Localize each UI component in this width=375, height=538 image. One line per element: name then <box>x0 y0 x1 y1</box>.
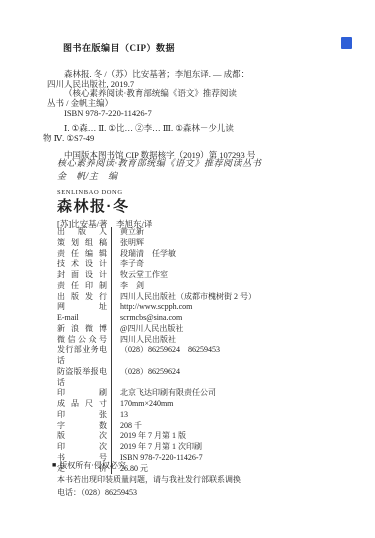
cip-header: 图书在版编目（CIP）数据 <box>47 44 345 54</box>
title-block: 核心素养阅读·教育部统编《语文》推荐阅读丛书 金 帆/主 编 SENLINBAO… <box>57 158 261 229</box>
row-label: 版次 <box>57 431 107 442</box>
table-row-website: 网址http://www.scpph.com <box>57 302 330 313</box>
table-row-publisher-person: 出版人黄立新 <box>57 227 330 238</box>
series-title: 核心素养阅读·教育部统编《语文》推荐阅读丛书 <box>57 158 261 169</box>
row-value: （028）86259624 <box>111 367 180 389</box>
table-row-impression: 印次2019 年 7 月第 1 次印刷 <box>57 442 330 453</box>
row-label: 印张 <box>57 410 107 421</box>
cip-description: 森林报. 冬 /（苏）比安基著；李旭东译. — 成都： 四川人民出版社, 201… <box>47 70 345 119</box>
row-value: 张明辉 <box>111 238 144 249</box>
row-label: 新浪微博 <box>57 324 107 335</box>
row-label: E-mail <box>57 313 107 324</box>
row-value: 牧云堂工作室 <box>111 270 168 281</box>
row-value: 2019 年 7 月第 1 次印刷 <box>111 442 202 453</box>
contact-phone: 电话：（028）86259453 <box>52 486 241 500</box>
table-row-edition: 版次2019 年 7 月第 1 版 <box>57 431 330 442</box>
row-value: 北京飞达印刷有限责任公司 <box>111 388 216 399</box>
title-pinyin: SENLINBAO DONG <box>57 189 261 197</box>
table-row-cover-design: 封面设计牧云堂工作室 <box>57 270 330 281</box>
table-row-wechat: 微信公众号四川人民出版社 <box>57 335 330 346</box>
cip-block: 图书在版编目（CIP）数据 森林报. 冬 /（苏）比安基著；李旭东译. — 成都… <box>47 44 345 161</box>
table-row-planning: 策划组稿张明辉 <box>57 238 330 249</box>
table-row-email: E-mailscrmcbs@sina.com <box>57 313 330 324</box>
table-row-publisher: 出版发行四川人民出版社（成都市槐树街 2 号） <box>57 292 330 303</box>
copyright-notice: 版权所有·侵权必究 <box>59 459 126 473</box>
book-title: 森林报·冬 <box>57 198 261 215</box>
series-editor: 金 帆/主 编 <box>57 171 261 182</box>
copyright-page: 图书在版编目（CIP）数据 森林报. 冬 /（苏）比安基著；李旭东译. — 成都… <box>0 0 375 538</box>
row-value: 170mm×240mm <box>111 399 173 410</box>
table-row-weibo: 新浪微博@四川人民出版社 <box>57 324 330 335</box>
row-value: 四川人民出版社（成都市槐树街 2 号） <box>111 292 256 303</box>
row-value: 黄立新 <box>111 227 144 238</box>
cip-isbn: ISBN 978-7-220-11426-7 <box>47 109 345 119</box>
row-label: 成品尺寸 <box>57 399 107 410</box>
table-row-wordcount: 字数208 千 <box>57 421 330 432</box>
table-row-print-supervisor: 责任印制李 剑 <box>57 281 330 292</box>
table-row-sales-phone: 发行部业务电话（028）86259624 86259453 <box>57 345 330 367</box>
row-label: 微信公众号 <box>57 335 107 346</box>
row-label: 出版发行 <box>57 292 107 303</box>
table-row-editor: 责任编辑段瑞清 任学敏 <box>57 249 330 260</box>
square-bullet-icon: ■ <box>52 459 56 473</box>
row-value: http://www.scpph.com <box>111 302 192 313</box>
row-value: 四川人民出版社 <box>111 335 176 346</box>
row-value: scrmcbs@sina.com <box>111 313 182 324</box>
row-value: 13 <box>111 410 128 421</box>
row-label: 发行部业务电话 <box>57 345 107 367</box>
row-label: 封面设计 <box>57 270 107 281</box>
copyright-notice-line: ■ 版权所有·侵权必究 <box>52 459 241 473</box>
row-label: 印刷 <box>57 388 107 399</box>
row-label: 策划组稿 <box>57 238 107 249</box>
cip-class-line: 物 Ⅳ. ①S7-49 <box>43 134 345 144</box>
row-value: @四川人民出版社 <box>111 324 183 335</box>
cip-classification: Ⅰ. ①森… Ⅱ. ①比… ②李… Ⅲ. ①森林－少儿读 物 Ⅳ. ①S7-49 <box>47 124 345 144</box>
row-value: （028）86259624 86259453 <box>111 345 220 367</box>
row-value: 李子奇 <box>111 259 144 270</box>
row-label: 责任印制 <box>57 281 107 292</box>
quality-notice: 本书若出现印装质量问题，请与我社发行部联系调换 <box>52 473 241 487</box>
table-row-printer: 印刷北京飞达印刷有限责任公司 <box>57 388 330 399</box>
row-value: 208 千 <box>111 421 142 432</box>
row-label: 字数 <box>57 421 107 432</box>
table-row-sheets: 印张13 <box>57 410 330 421</box>
row-value: 李 剑 <box>111 281 144 292</box>
table-row-antipiracy-phone: 防盗版举报电话（028）86259624 <box>57 367 330 389</box>
row-value: 段瑞清 任学敏 <box>111 249 176 260</box>
publication-info-table: 出版人黄立新 策划组稿张明辉 责任编辑段瑞清 任学敏 技术设计李子奇 封面设计牧… <box>57 227 330 474</box>
table-row-size: 成品尺寸170mm×240mm <box>57 399 330 410</box>
row-label: 印次 <box>57 442 107 453</box>
row-label: 技术设计 <box>57 259 107 270</box>
row-label: 出版人 <box>57 227 107 238</box>
row-label: 防盗版举报电话 <box>57 367 107 389</box>
table-row-tech-design: 技术设计李子奇 <box>57 259 330 270</box>
row-label: 网址 <box>57 302 107 313</box>
row-value: 2019 年 7 月第 1 版 <box>111 431 186 442</box>
copyright-footer: ■ 版权所有·侵权必究 本书若出现印装质量问题，请与我社发行部联系调换 电话：（… <box>52 459 241 500</box>
row-label: 责任编辑 <box>57 249 107 260</box>
